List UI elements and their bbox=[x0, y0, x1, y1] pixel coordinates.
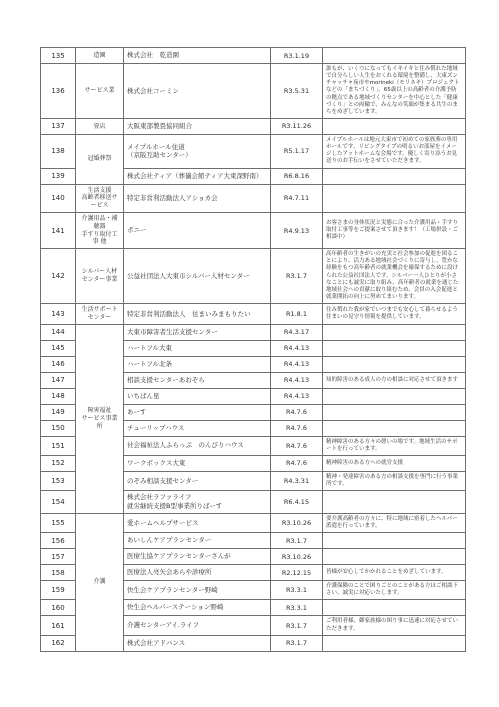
business-name-cell: 介護センターアイ.ライフ bbox=[124, 616, 271, 635]
row-number-cell: 136 bbox=[41, 64, 76, 119]
date-cell: R4.3.17 bbox=[271, 324, 323, 340]
row-number-cell: 155 bbox=[41, 513, 76, 532]
row-number-cell: 137 bbox=[41, 118, 76, 134]
remark-cell bbox=[323, 491, 466, 514]
row-number-cell: 142 bbox=[41, 249, 76, 304]
business-name-cell: 株式会社ティア（葬儀会館ティア大東深野南） bbox=[124, 168, 271, 184]
business-name-cell: メイプルホール住道 （京阪互助センター） bbox=[124, 134, 271, 168]
remark-cell bbox=[323, 168, 466, 184]
business-name-cell: 相談支援センターあおぞら bbox=[124, 372, 271, 388]
row-number-cell: 135 bbox=[41, 48, 76, 64]
row-number-cell: 138 bbox=[41, 134, 76, 168]
business-name-cell: 株式会社ラファライフ 就労継続支援B型事業所りばーす bbox=[124, 491, 271, 514]
remark-cell: 精神障害のある方々の憩いの場です。地域生活のサポートを行っています。 bbox=[323, 436, 466, 455]
row-number-cell: 144 bbox=[41, 324, 76, 340]
date-cell: R3.11.26 bbox=[271, 118, 323, 134]
table-row: 138冠婚葬祭メイプルホール住道 （京阪互助センター）R5.1.17メイプルホー… bbox=[41, 134, 466, 168]
category-cell: 介護 bbox=[76, 513, 124, 651]
business-name-cell: のぞみ相談支援センター bbox=[124, 471, 271, 490]
category-cell: サービス業 bbox=[76, 64, 124, 119]
row-number-cell: 149 bbox=[41, 404, 76, 420]
date-cell: R4.7.6 bbox=[271, 436, 323, 455]
remark-cell bbox=[323, 356, 466, 372]
row-number-cell: 152 bbox=[41, 455, 76, 471]
document-page: 135造園株式会社 乾造園R3.1.19136サービス業株式会社コーミンR3.5… bbox=[0, 0, 499, 707]
date-cell: R3.3.1 bbox=[271, 581, 323, 600]
remark-cell bbox=[323, 388, 466, 404]
date-cell: R3.1.7 bbox=[271, 616, 323, 635]
date-cell: R3.10.26 bbox=[271, 549, 323, 565]
date-cell: R3.5.31 bbox=[271, 64, 323, 119]
date-cell: R1.8.1 bbox=[271, 304, 323, 325]
row-number-cell: 160 bbox=[41, 600, 76, 616]
row-number-cell: 147 bbox=[41, 372, 76, 388]
remark-cell: 介護保険のことで困りごとのことがある方はご相談下さい。誠実に対応いたします。 bbox=[323, 581, 466, 600]
date-cell: R3.1.7 bbox=[271, 533, 323, 549]
date-cell: R3.1.7 bbox=[271, 249, 323, 304]
date-cell: R5.1.17 bbox=[271, 134, 323, 168]
remark-cell: 精神・発達障害のある方の相談支援を専門に行う事業所です。 bbox=[323, 471, 466, 490]
agreement-table: 135造園株式会社 乾造園R3.1.19136サービス業株式会社コーミンR3.5… bbox=[40, 47, 466, 652]
category-cell: シルバー人材 センター事業 bbox=[76, 249, 124, 304]
remark-cell: メイプルホールは地元大東市で初めての家族葬の専用ホールです。リビングタイプの明る… bbox=[323, 134, 466, 168]
row-number-cell: 139 bbox=[41, 168, 76, 184]
remark-cell bbox=[323, 340, 466, 356]
business-name-cell: あいしんケアプランセンター bbox=[124, 533, 271, 549]
date-cell: R4.4.13 bbox=[271, 388, 323, 404]
business-name-cell: 快生会ヘルパーステーション野崎 bbox=[124, 600, 271, 616]
remark-cell: 皆様が安心してかかれることをめざしています。 bbox=[323, 565, 466, 581]
date-cell: R6.4.15 bbox=[271, 491, 323, 514]
date-cell: R4.9.13 bbox=[271, 212, 323, 248]
business-name-cell: 大阪東部製畳協同組合 bbox=[124, 118, 271, 134]
row-number-cell: 145 bbox=[41, 340, 76, 356]
category-cell: 生活支援 高齢者移送サービス bbox=[76, 184, 124, 212]
table-row: 136サービス業株式会社コーミンR3.5.31誰もが、いくつになってもイキイキと… bbox=[41, 64, 466, 119]
remark-cell bbox=[323, 549, 466, 565]
category-cell: 畳店 bbox=[76, 118, 124, 134]
date-cell: R6.8.16 bbox=[271, 168, 323, 184]
date-cell: R3.1.7 bbox=[271, 635, 323, 651]
remark-cell: 精神障害のある方への就労支援 bbox=[323, 455, 466, 471]
date-cell: R4.3.31 bbox=[271, 471, 323, 490]
business-name-cell: 社会福祉法人ふらっぷ のんびりハウス bbox=[124, 436, 271, 455]
business-name-cell: 株式会社コーミン bbox=[124, 64, 271, 119]
remark-cell bbox=[323, 404, 466, 420]
date-cell: R4.7.6 bbox=[271, 420, 323, 436]
business-name-cell: 医療法人亮矢会あらや診療所 bbox=[124, 565, 271, 581]
business-name-cell: 株式会社アドバンス bbox=[124, 635, 271, 651]
row-number-cell: 146 bbox=[41, 356, 76, 372]
business-name-cell: 愛ホームヘルプサービス bbox=[124, 513, 271, 532]
business-name-cell: 医療生協ケアプランセンターさんが bbox=[124, 549, 271, 565]
date-cell: R4.4.13 bbox=[271, 356, 323, 372]
row-number-cell: 140 bbox=[41, 184, 76, 212]
row-number-cell: 158 bbox=[41, 565, 76, 581]
date-cell: R3.1.19 bbox=[271, 48, 323, 64]
table-row: 137畳店大阪東部製畳協同組合R3.11.26 bbox=[41, 118, 466, 134]
agreement-table-body: 135造園株式会社 乾造園R3.1.19136サービス業株式会社コーミンR3.5… bbox=[41, 48, 466, 652]
category-cell: 造園 bbox=[76, 48, 124, 64]
business-name-cell: ハートフル北条 bbox=[124, 356, 271, 372]
row-number-cell: 162 bbox=[41, 635, 76, 651]
business-name-cell: 特定非営利活動法人アショカ会 bbox=[124, 184, 271, 212]
table-row: 155介護愛ホームヘルプサービスR3.10.26要介護高齢者の方々に、特に地域に… bbox=[41, 513, 466, 532]
remark-cell bbox=[323, 324, 466, 340]
business-name-cell: チューリップハウス bbox=[124, 420, 271, 436]
remark-cell: 知的障害のある成人の方の相談に対応させて頂きます bbox=[323, 372, 466, 388]
remark-cell bbox=[323, 184, 466, 212]
business-name-cell: 公益社団法人大東市シルバー人材センター bbox=[124, 249, 271, 304]
date-cell: R3.10.26 bbox=[271, 513, 323, 532]
table-row: 141介護用品・補聴器 手すり取付工事 他ポニーR4.9.13お客さまの身体状況… bbox=[41, 212, 466, 248]
business-name-cell: 特定非営利活動法人 住まいみまもりたい bbox=[124, 304, 271, 325]
row-number-cell: 141 bbox=[41, 212, 76, 248]
table-row: 144障害福祉 サービス事業所大東市障害者生活支援センターR4.3.17 bbox=[41, 324, 466, 340]
remark-cell bbox=[323, 600, 466, 616]
category-cell: 障害福祉 サービス事業所 bbox=[76, 324, 124, 513]
date-cell: R4.7.6 bbox=[271, 455, 323, 471]
remark-cell: ご利用者様、御家族様の困り事に迅速に対応させていただきます。 bbox=[323, 616, 466, 635]
row-number-cell: 159 bbox=[41, 581, 76, 600]
remark-cell bbox=[323, 48, 466, 64]
row-number-cell: 143 bbox=[41, 304, 76, 325]
table-row: 135造園株式会社 乾造園R3.1.19 bbox=[41, 48, 466, 64]
remark-cell: 誰もが、いくつになってもイキイキと住み慣れた地域で自分らしい人生をおくれる環境を… bbox=[323, 64, 466, 119]
table-row: 143生活サポートセンター特定非営利活動法人 住まいみまもりたいR1.8.1住み… bbox=[41, 304, 466, 325]
row-number-cell: 150 bbox=[41, 420, 76, 436]
category-cell: 生活サポートセンター bbox=[76, 304, 124, 325]
business-name-cell: ワークボックス大東 bbox=[124, 455, 271, 471]
business-name-cell: 大東市障害者生活支援センター bbox=[124, 324, 271, 340]
table-row: 142シルバー人材 センター事業公益社団法人大東市シルバー人材センターR3.1.… bbox=[41, 249, 466, 304]
row-number-cell: 161 bbox=[41, 616, 76, 635]
table-row: 140生活支援 高齢者移送サービス特定非営利活動法人アショカ会R4.7.11 bbox=[41, 184, 466, 212]
row-number-cell: 157 bbox=[41, 549, 76, 565]
date-cell: R4.7.6 bbox=[271, 404, 323, 420]
business-name-cell: 株式会社 乾造園 bbox=[124, 48, 271, 64]
category-cell: 冠婚葬祭 bbox=[76, 134, 124, 184]
business-name-cell: いちばん星 bbox=[124, 388, 271, 404]
date-cell: R4.7.11 bbox=[271, 184, 323, 212]
category-cell: 介護用品・補聴器 手すり取付工事 他 bbox=[76, 212, 124, 248]
remark-cell bbox=[323, 420, 466, 436]
date-cell: R3.3.1 bbox=[271, 600, 323, 616]
remark-cell: 住み慣れた我が家でいつまでも安心して暮らせるよう住まいの見守り情報を提供していま… bbox=[323, 304, 466, 325]
row-number-cell: 153 bbox=[41, 471, 76, 490]
remark-cell bbox=[323, 533, 466, 549]
remark-cell: お客さまの身体状況と実態に合った介護用品・手すり取付工事等をご提案させて頂きます… bbox=[323, 212, 466, 248]
remark-cell bbox=[323, 118, 466, 134]
date-cell: R4.4.13 bbox=[271, 372, 323, 388]
date-cell: R2.12.15 bbox=[271, 565, 323, 581]
row-number-cell: 148 bbox=[41, 388, 76, 404]
date-cell: R4.4.13 bbox=[271, 340, 323, 356]
remark-cell: 高年齢者の生きがいの充実と社会参加の促進を図ることにより、活力ある地域社会づくり… bbox=[323, 249, 466, 304]
remark-cell bbox=[323, 635, 466, 651]
business-name-cell: ポニー bbox=[124, 212, 271, 248]
row-number-cell: 154 bbox=[41, 491, 76, 514]
business-name-cell: ハートフル大東 bbox=[124, 340, 271, 356]
row-number-cell: 151 bbox=[41, 436, 76, 455]
row-number-cell: 156 bbox=[41, 533, 76, 549]
business-name-cell: あーす bbox=[124, 404, 271, 420]
remark-cell: 要介護高齢者の方々に、特に地域に密着したヘルパー派遣を行っています。 bbox=[323, 513, 466, 532]
business-name-cell: 快生会ケアプランセンター野崎 bbox=[124, 581, 271, 600]
